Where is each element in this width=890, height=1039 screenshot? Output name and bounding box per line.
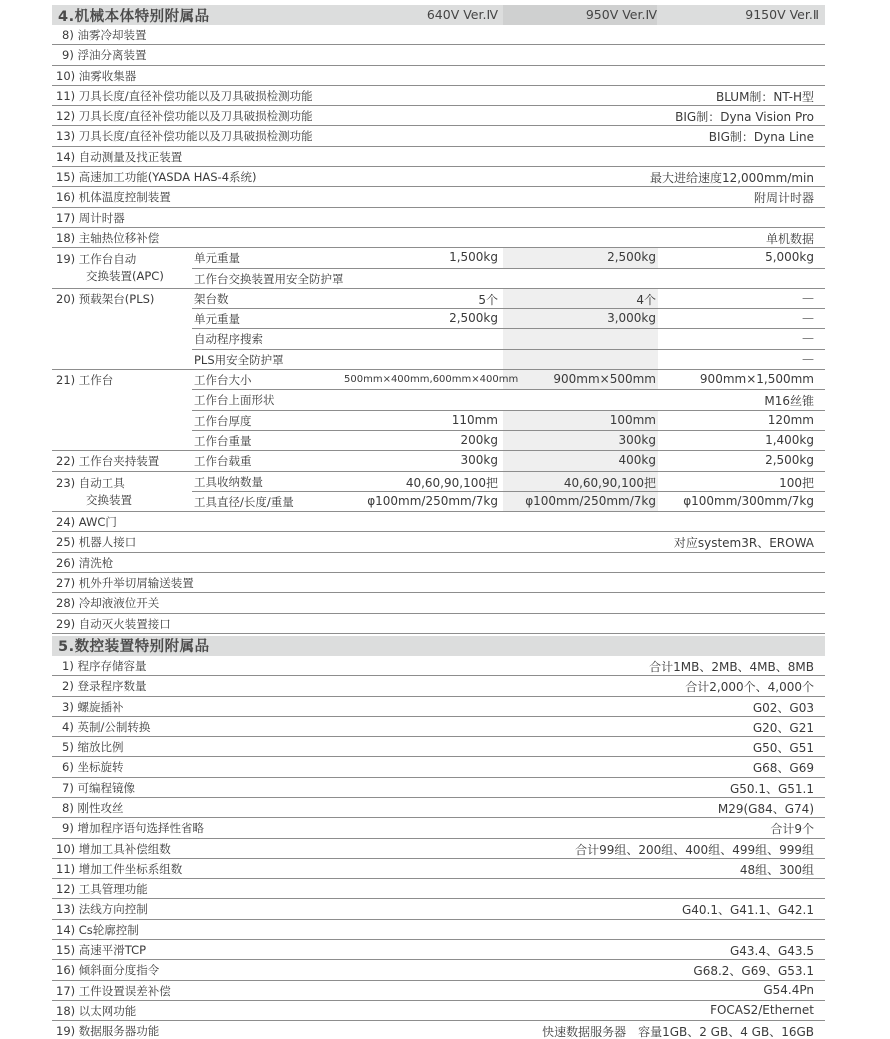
- value-9150v: 120mm: [658, 413, 814, 427]
- row-value: BIG制：Dyna Line: [709, 128, 814, 145]
- row-value: G20、G21: [753, 719, 814, 736]
- spec-row: 工作台交换装置用安全防护罩: [52, 269, 825, 289]
- spec-row: 工作台大小 500mm×400mm,600mm×400mm 900mm×500m…: [52, 370, 825, 390]
- value-640v: 2,500kg: [344, 311, 498, 325]
- row-value: BIG制：Dyna Vision Pro: [675, 108, 814, 125]
- group-label-line2: 交换装置(APC): [56, 268, 164, 285]
- spec-row: 15) 高速加工功能(YASDA HAS-4系统)最大进给速度12,000mm/…: [52, 167, 825, 187]
- row-value: 对应system3R、EROWA: [674, 534, 814, 551]
- row-value: G40.1、G41.1、G42.1: [682, 901, 814, 918]
- spec-row: 3) 螺旋插补G02、G03: [52, 697, 825, 717]
- sub-label: 工作台交换装置用安全防护罩: [194, 271, 344, 287]
- value-9150v: —: [658, 352, 814, 366]
- section4-header: 4.机械本体特别附属品 640V Ver.Ⅳ 950V Ver.Ⅳ 9150V …: [52, 5, 825, 25]
- sub-label: 工具收纳数量: [194, 474, 263, 490]
- value-640v: 40,60,90,100把: [344, 474, 498, 491]
- row-label: 17) 周计时器: [56, 210, 125, 226]
- spec-row: 单元重量 2,500kg 3,000kg —: [52, 309, 825, 329]
- spec-row: 架台数 5个 4个 —: [52, 289, 825, 309]
- value-9150v: 900mm×1,500mm: [658, 372, 814, 386]
- spec-row: 11) 增加工件坐标系组数48组、300组: [52, 859, 825, 879]
- value-640v: 110mm: [344, 413, 498, 427]
- sub-label: 工具直径/长度/重量: [194, 494, 294, 510]
- spec-row: 13) 刀具长度/直径补偿功能以及刀具破损检测功能BIG制：Dyna Line: [52, 126, 825, 146]
- row-label: 26) 清洗枪: [56, 555, 113, 571]
- row-label: 7) 可编程镜像: [62, 780, 135, 796]
- spec-row: 工作台上面形状 M16丝锥: [52, 390, 825, 410]
- spec-row: 16) 机体温度控制装置附周计时器: [52, 187, 825, 207]
- spec-row: 7) 可编程镜像G50.1、G51.1: [52, 778, 825, 798]
- spec-row: 19) 数据服务器功能快速数据服务器 容量1GB、2 GB、4 GB、16GB: [52, 1021, 825, 1039]
- section5-header: 5.数控装置特别附属品: [52, 636, 825, 656]
- value-640v: 5个: [344, 291, 498, 308]
- row-label: 10) 增加工具补偿组数: [56, 841, 171, 857]
- row-value: 合计9个: [770, 820, 814, 837]
- value-950v: 400kg: [503, 453, 656, 467]
- row-label: 4) 英制/公制转换: [62, 719, 150, 735]
- row-label: 24) AWC门: [56, 514, 117, 530]
- group-label: 22) 工作台夹持装置: [56, 453, 159, 469]
- sub-label: 工作台厚度: [194, 413, 252, 429]
- value-950v: 3,000kg: [503, 311, 656, 325]
- group-clamp: 22) 工作台夹持装置 工作台载重 300kg 400kg 2,500kg: [52, 451, 825, 471]
- sub-label: PLS用安全防护罩: [194, 352, 284, 368]
- row-label: 6) 坐标旋转: [62, 759, 123, 775]
- row-value: 合计99组、200组、400组、499组、999组: [575, 841, 814, 858]
- row-label: 16) 倾斜面分度指令: [56, 962, 159, 978]
- spec-row: 12) 工具管理功能: [52, 879, 825, 899]
- value-9150v: 2,500kg: [658, 453, 814, 467]
- sub-label: 工作台大小: [194, 372, 252, 388]
- row-label: 13) 法线方向控制: [56, 901, 148, 917]
- row-label: 16) 机体温度控制装置: [56, 189, 171, 205]
- row-label: 2) 登录程序数量: [62, 678, 146, 694]
- row-label: 18) 以太网功能: [56, 1003, 136, 1019]
- group-table: 21) 工作台 工作台大小 500mm×400mm,600mm×400mm 90…: [52, 370, 825, 451]
- row-label: 15) 高速平滑TCP: [56, 942, 146, 958]
- sub-label: 工作台载重: [194, 453, 252, 469]
- spec-row: 22) 工作台夹持装置 工作台载重 300kg 400kg 2,500kg: [52, 451, 825, 471]
- value-9150v: 1,400kg: [658, 433, 814, 447]
- spec-row: 工作台重量 200kg 300kg 1,400kg: [52, 431, 825, 451]
- highlight-column: [503, 350, 658, 369]
- row-label: 19) 数据服务器功能: [56, 1023, 159, 1039]
- spec-row: 11) 刀具长度/直径补偿功能以及刀具破损检测功能BLUM制：NT-H型: [52, 86, 825, 106]
- value-640v: 500mm×400mm,600mm×400mm: [344, 374, 498, 385]
- group-label: 20) 预载架台(PLS): [56, 291, 154, 308]
- row-value: G54.4Pn: [763, 983, 814, 997]
- group-label-line1: 23) 自动工具: [56, 476, 125, 490]
- spec-row: PLS用安全防护罩 —: [52, 350, 825, 370]
- value-950v: 100mm: [503, 413, 656, 427]
- spec-row: 25) 机器人接口对应system3R、EROWA: [52, 532, 825, 552]
- row-label: 9) 浮油分离装置: [62, 47, 146, 63]
- column-header-640v: 640V Ver.Ⅳ: [344, 5, 498, 25]
- value-9150v: —: [658, 331, 814, 345]
- sub-label: 工作台重量: [194, 433, 252, 449]
- row-value: 单机数据: [766, 230, 814, 247]
- sub-label: 单元重量: [194, 311, 240, 327]
- row-label: 15) 高速加工功能(YASDA HAS-4系统): [56, 169, 257, 185]
- row-value: M29(G84、G74): [718, 800, 814, 817]
- spec-row: 12) 刀具长度/直径补偿功能以及刀具破损检测功能BIG制：Dyna Visio…: [52, 106, 825, 126]
- spec-row: 8) 刚性攻丝M29(G84、G74): [52, 798, 825, 818]
- group-label: 19) 工作台自动 交换装置(APC): [56, 251, 164, 285]
- section5-title: 5.数控装置特别附属品: [52, 635, 210, 656]
- row-value: 附周计时器: [754, 189, 814, 206]
- spec-row: 24) AWC门: [52, 512, 825, 532]
- value-640v: 1,500kg: [344, 250, 498, 264]
- value-9150v: —: [658, 311, 814, 325]
- row-label: 3) 螺旋插补: [62, 699, 123, 715]
- group-label-line1: 19) 工作台自动: [56, 252, 136, 266]
- row-label: 12) 刀具长度/直径补偿功能以及刀具破损检测功能: [56, 108, 313, 124]
- group-pls: 20) 预载架台(PLS) 架台数 5个 4个 — 单元重量 2,500kg 3…: [52, 289, 825, 370]
- group-apc: 19) 工作台自动 交换装置(APC) 单元重量 1,500kg 2,500kg…: [52, 248, 825, 289]
- spec-row: 18) 以太网功能FOCAS2/Ethernet: [52, 1001, 825, 1021]
- spec-row: 14) Cs轮廓控制: [52, 920, 825, 940]
- highlight-column: [503, 329, 658, 348]
- value-950v: 4个: [503, 291, 656, 308]
- spec-row: 8) 油雾冷却装置: [52, 25, 825, 45]
- spec-row: 17) 周计时器: [52, 208, 825, 228]
- row-value: 最大进给速度12,000mm/min: [650, 169, 814, 186]
- row-value: FOCAS2/Ethernet: [710, 1003, 814, 1017]
- column-header-950v: 950V Ver.Ⅳ: [503, 5, 657, 25]
- spec-sheet: 4.机械本体特别附属品 640V Ver.Ⅳ 950V Ver.Ⅳ 9150V …: [52, 5, 825, 1039]
- row-value: 48组、300组: [740, 861, 814, 878]
- value-9150v: M16丝锥: [658, 392, 814, 409]
- spec-row: 15) 高速平滑TCPG43.4、G43.5: [52, 940, 825, 960]
- row-value: G68.2、G69、G53.1: [693, 962, 814, 979]
- sub-label: 自动程序搜索: [194, 331, 263, 347]
- row-label: 11) 增加工件坐标系组数: [56, 861, 182, 877]
- spec-row: 10) 油雾收集器: [52, 66, 825, 86]
- row-value: 快速数据服务器 容量1GB、2 GB、4 GB、16GB: [542, 1023, 814, 1039]
- spec-row: 5) 缩放比例G50、G51: [52, 737, 825, 757]
- sub-label: 架台数: [194, 291, 229, 307]
- row-label: 14) Cs轮廓控制: [56, 922, 139, 938]
- row-value: 合计2,000个、4,000个: [685, 678, 814, 695]
- spec-row: 6) 坐标旋转G68、G69: [52, 757, 825, 777]
- row-value: G50、G51: [753, 739, 814, 756]
- value-9150v: —: [658, 291, 814, 305]
- value-9150v: 100把: [658, 474, 814, 491]
- value-640v: 300kg: [344, 453, 498, 467]
- row-label: 1) 程序存储容量: [62, 658, 146, 674]
- spec-row: 工作台厚度 110mm 100mm 120mm: [52, 411, 825, 431]
- value-640v: φ100mm/250mm/7kg: [344, 494, 498, 508]
- row-label: 8) 刚性攻丝: [62, 800, 123, 816]
- row-value: G43.4、G43.5: [730, 942, 814, 959]
- row-label: 9) 增加程序语句选择性省略: [62, 820, 204, 836]
- spec-row: 26) 清洗枪: [52, 553, 825, 573]
- column-header-9150v: 9150V Ver.Ⅱ: [658, 5, 819, 25]
- spec-row: 27) 机外升举切屑输送装置: [52, 573, 825, 593]
- value-950v: φ100mm/250mm/7kg: [503, 494, 656, 508]
- spec-row: 2) 登录程序数量合计2,000个、4,000个: [52, 676, 825, 696]
- spec-row: 29) 自动灭火装置接口: [52, 614, 825, 634]
- spec-row: 16) 倾斜面分度指令G68.2、G69、G53.1: [52, 960, 825, 980]
- spec-row: 工具收纳数量 40,60,90,100把 40,60,90,100把 100把: [52, 472, 825, 492]
- row-label: 17) 工件设置误差补偿: [56, 983, 171, 999]
- group-label: 23) 自动工具 交换装置: [56, 475, 132, 509]
- sub-label: 工作台上面形状: [194, 392, 275, 408]
- spec-row: 自动程序搜索 —: [52, 329, 825, 349]
- row-label: 18) 主轴热位移补偿: [56, 230, 159, 246]
- value-950v: 40,60,90,100把: [503, 474, 656, 491]
- value-950v: 900mm×500mm: [503, 372, 656, 386]
- row-value: G68、G69: [753, 759, 814, 776]
- row-label: 5) 缩放比例: [62, 739, 123, 755]
- value-950v: 300kg: [503, 433, 656, 447]
- spec-row: 工具直径/长度/重量 φ100mm/250mm/7kg φ100mm/250mm…: [52, 492, 825, 512]
- row-label: 27) 机外升举切屑输送装置: [56, 575, 194, 591]
- value-950v: 2,500kg: [503, 250, 656, 264]
- spec-row: 18) 主轴热位移补偿单机数据: [52, 228, 825, 248]
- spec-row: 28) 冷却液液位开关: [52, 593, 825, 613]
- value-9150v: φ100mm/300mm/7kg: [658, 494, 814, 508]
- row-label: 11) 刀具长度/直径补偿功能以及刀具破损检测功能: [56, 88, 313, 104]
- row-value: G02、G03: [753, 699, 814, 716]
- section4-title: 4.机械本体特别附属品: [52, 5, 210, 26]
- row-value: 合计1MB、2MB、4MB、8MB: [649, 658, 814, 675]
- spec-row: 10) 增加工具补偿组数合计99组、200组、400组、499组、999组: [52, 839, 825, 859]
- value-9150v: 5,000kg: [658, 250, 814, 264]
- sub-label: 单元重量: [194, 250, 240, 266]
- value-640v: 200kg: [344, 433, 498, 447]
- row-value: G50.1、G51.1: [730, 780, 814, 797]
- row-label: 29) 自动灭火装置接口: [56, 616, 171, 632]
- row-label: 12) 工具管理功能: [56, 881, 148, 897]
- group-label: 21) 工作台: [56, 372, 113, 389]
- row-label: 28) 冷却液液位开关: [56, 595, 159, 611]
- group-atc: 23) 自动工具 交换装置 工具收纳数量 40,60,90,100把 40,60…: [52, 472, 825, 513]
- row-label: 8) 油雾冷却装置: [62, 27, 146, 43]
- spec-row: 4) 英制/公制转换G20、G21: [52, 717, 825, 737]
- row-value: BLUM制：NT-H型: [716, 88, 814, 105]
- spec-row: 1) 程序存储容量合计1MB、2MB、4MB、8MB: [52, 656, 825, 676]
- spec-row: 14) 自动测量及找正装置: [52, 147, 825, 167]
- spec-row: 13) 法线方向控制G40.1、G41.1、G42.1: [52, 899, 825, 919]
- row-label: 14) 自动测量及找正装置: [56, 149, 182, 165]
- spec-row: 9) 浮油分离装置: [52, 45, 825, 65]
- spec-row: 9) 增加程序语句选择性省略合计9个: [52, 818, 825, 838]
- row-label: 13) 刀具长度/直径补偿功能以及刀具破损检测功能: [56, 128, 313, 144]
- spec-row: 单元重量 1,500kg 2,500kg 5,000kg: [52, 248, 825, 268]
- row-label: 10) 油雾收集器: [56, 68, 136, 84]
- spec-row: 17) 工件设置误差补偿G54.4Pn: [52, 981, 825, 1001]
- group-label-line2: 交换装置: [56, 492, 132, 509]
- row-label: 25) 机器人接口: [56, 534, 136, 550]
